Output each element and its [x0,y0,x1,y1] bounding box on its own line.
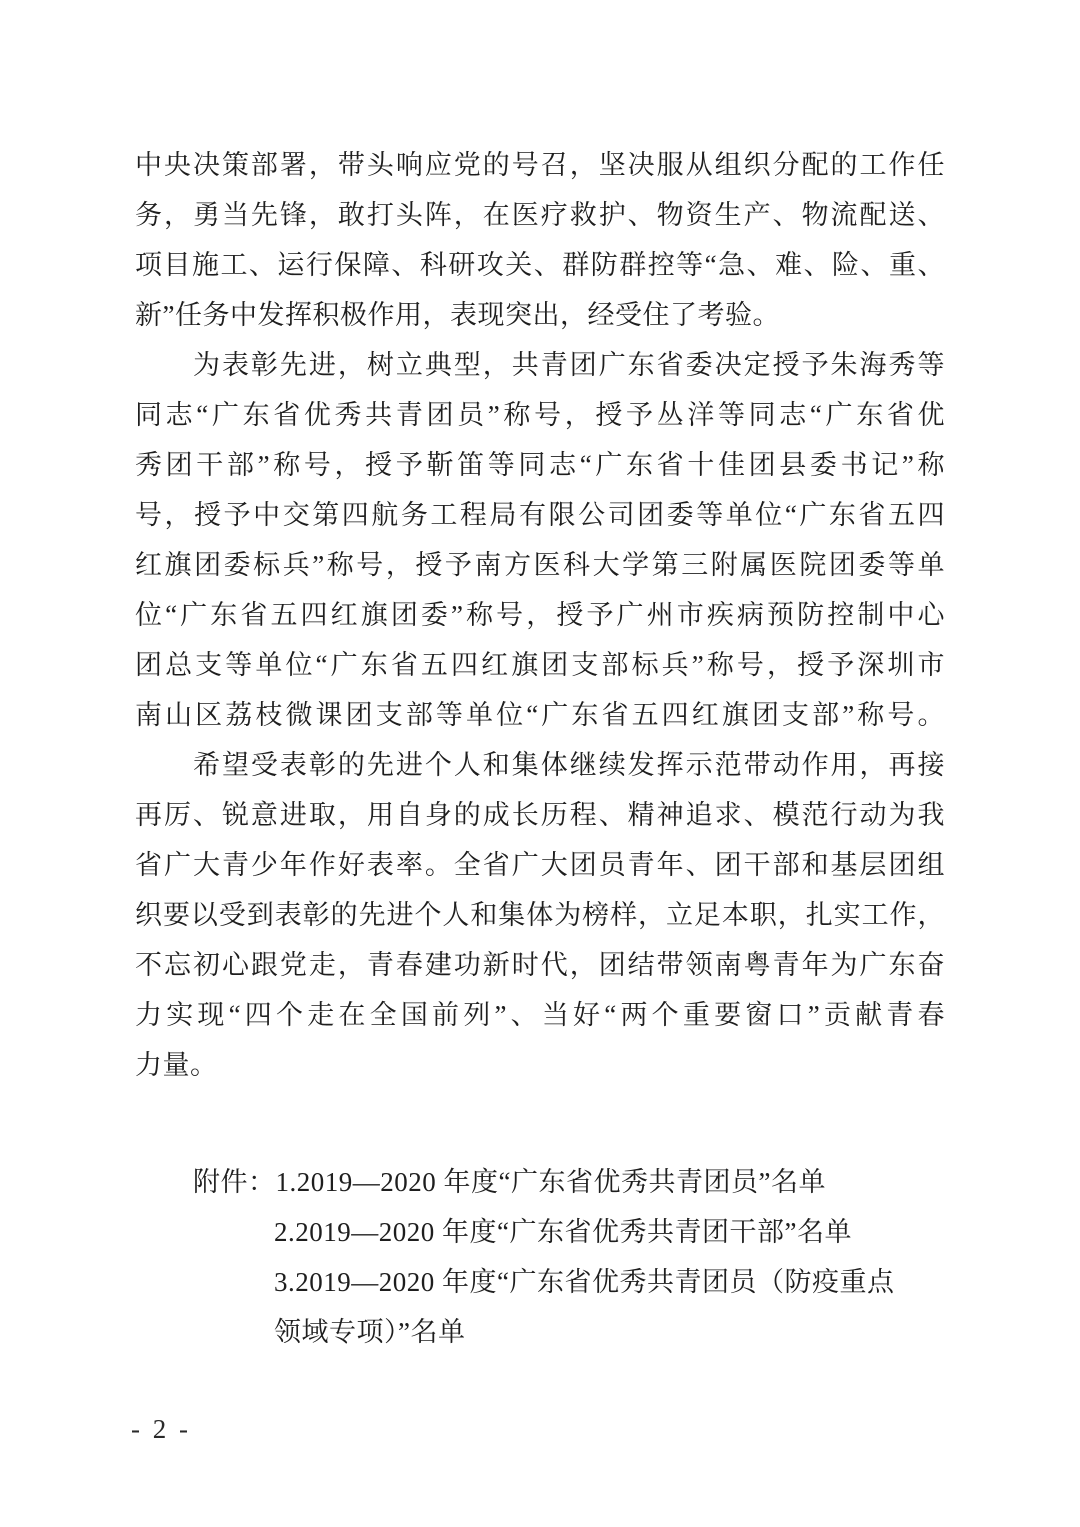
body-text-line: 力量。 [135,1040,945,1090]
body-text-line: 省广大青少年作好表率。全省广大团员青年、团干部和基层团组 [135,840,945,890]
body-text-line: 团总支等单位“广东省五四红旗团支部标兵”称号，授予深圳市 [135,640,945,690]
body-text-line: 不忘初心跟党走，青春建功新时代，团结带领南粤青年为广东奋 [135,940,945,990]
page-number: - 2 - [131,1404,191,1454]
attachment-item: 1.2019—2020 年度“广东省优秀共青团员”名单 [276,1167,826,1197]
body-text-line: 为表彰先进，树立典型，共青团广东省委决定授予朱海秀等 [135,340,945,390]
body-text-line: 再厉、锐意进取，用自身的成长历程、精神追求、模范行动为我 [135,790,945,840]
attachments-block: 附件：1.2019—2020 年度“广东省优秀共青团员”名单 2.2019—20… [193,1157,953,1357]
attachment-line: 领域专项）”名单 [193,1307,953,1357]
document-page: 中央决策部署，带头响应党的号召，坚决服从组织分配的工作任务，勇当先锋，敢打头阵，… [0,0,1080,1527]
body-text-line: 秀团干部”称号，授予靳笛等同志“广东省十佳团县委书记”称 [135,440,945,490]
body-text-line: 务，勇当先锋，敢打头阵，在医疗救护、物资生产、物流配送、 [135,190,945,240]
body-text-line: 希望受表彰的先进个人和集体继续发挥示范带动作用，再接 [135,740,945,790]
body-text-line: 红旗团委标兵”称号，授予南方医科大学第三附属医院团委等单 [135,540,945,590]
body-text-line: 力实现“四个走在全国前列”、当好“两个重要窗口”贡献青春 [135,990,945,1040]
body-text-line: 织要以受到表彰的先进个人和集体为榜样，立足本职，扎实工作， [135,890,945,940]
attachment-continuation: 2.2019—2020 年度“广东省优秀共青团干部”名单3.2019—2020 … [193,1207,953,1357]
body-text-line: 同志“广东省优秀共青团员”称号，授予丛洋等同志“广东省优 [135,390,945,440]
body-text-line: 位“广东省五四红旗团委”称号，授予广州市疾病预防控制中心 [135,590,945,640]
attachment-line: 3.2019—2020 年度“广东省优秀共青团员（防疫重点 [193,1257,953,1307]
attachment-line: 2.2019—2020 年度“广东省优秀共青团干部”名单 [193,1207,953,1257]
body-text-line: 号，授予中交第四航务工程局有限公司团委等单位“广东省五四 [135,490,945,540]
body-text-line: 南山区荔枝微课团支部等单位“广东省五四红旗团支部”称号。 [135,690,945,740]
body-text-line: 项目施工、运行保障、科研攻关、群防群控等“急、难、险、重、 [135,240,945,290]
body-text-line: 中央决策部署，带头响应党的号召，坚决服从组织分配的工作任 [135,140,945,190]
body-text-line: 新”任务中发挥积极作用，表现突出，经受住了考验。 [135,290,945,340]
attachments-label: 附件： [193,1167,276,1197]
attachment-line: 附件：1.2019—2020 年度“广东省优秀共青团员”名单 [193,1157,953,1207]
body-text: 中央决策部署，带头响应党的号召，坚决服从组织分配的工作任务，勇当先锋，敢打头阵，… [135,140,945,1090]
